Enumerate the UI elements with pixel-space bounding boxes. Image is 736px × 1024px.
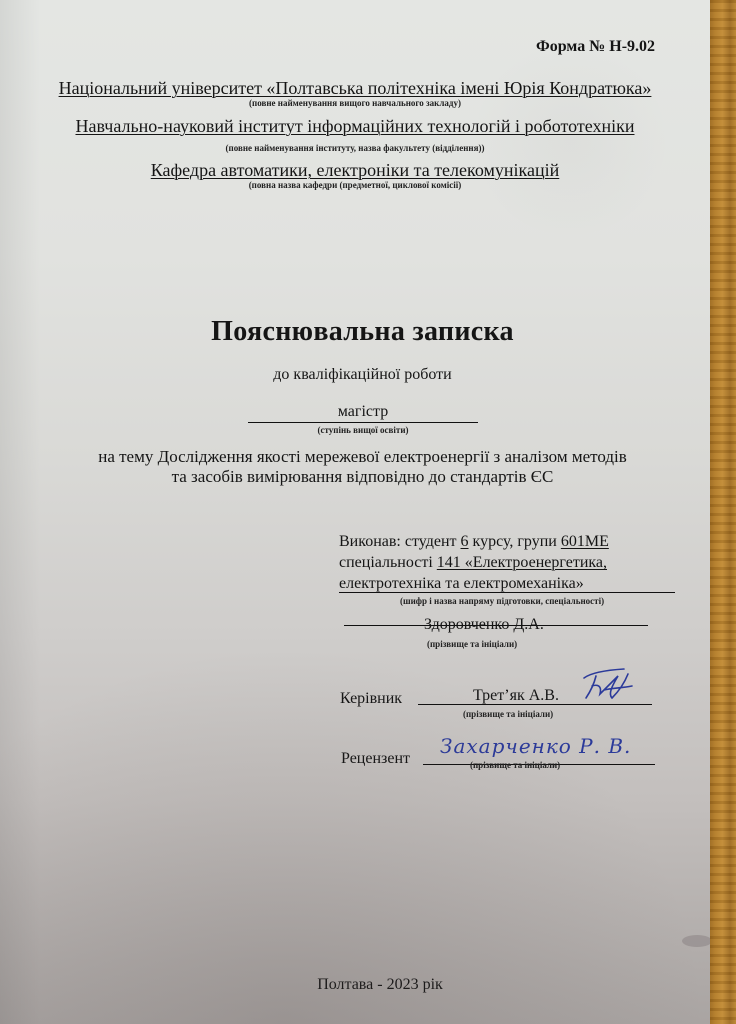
specialty-underline — [339, 592, 675, 593]
topic-line-2: та засобів вимірювання відповідно до ста… — [0, 467, 710, 487]
department-name: Кафедра автоматики, електроніки та телек… — [0, 160, 710, 181]
university-name-text: Національний університет «Полтавська пол… — [59, 78, 652, 98]
student-hint: (прізвище та ініціали) — [427, 639, 517, 649]
institute-hint: (повне найменування інституту, назва фак… — [0, 143, 710, 153]
supervisor-name: Трет’як А.В. — [473, 687, 559, 705]
footer-city-year: Полтава - 2023 рік — [0, 976, 710, 994]
performed-by-line: Виконав: студент 6 курсу, групи 601МЕ — [339, 533, 609, 551]
university-name: Національний університет «Полтавська пол… — [0, 78, 710, 99]
topic-line-1: на тему Дослідження якості мережевої еле… — [0, 447, 710, 467]
group-code: 601МЕ — [561, 533, 609, 550]
specialty-line-1: спеціальності 141 «Електроенергетика, — [339, 554, 607, 572]
specialty-code-name: 141 «Електроенергетика, — [437, 554, 607, 571]
specialty-line-2: електротехніка та електромеханіка» — [339, 575, 584, 593]
course-number: 6 — [461, 533, 469, 550]
student-name: Здоровченко Д.А. — [424, 616, 544, 634]
reviewer-underline — [423, 764, 655, 765]
university-hint: (повне найменування вищого навчального з… — [0, 98, 710, 108]
supervisor-underline — [418, 704, 652, 705]
supervisor-label: Керівник — [340, 690, 402, 708]
document-subtitle: до кваліфікаційної роботи — [0, 366, 710, 384]
specialty-name-cont: електротехніка та електромеханіка» — [339, 575, 584, 592]
reviewer-hint: (прізвище та ініціали) — [470, 760, 560, 770]
document-title: Пояснювальна записка — [0, 316, 710, 348]
institute-name-text: Навчально-науковий інститут інформаційни… — [75, 116, 634, 136]
reviewer-handwritten-name: Захарченко Р. В. — [440, 734, 631, 758]
department-hint: (повна назва кафедри (предметної, циклов… — [0, 180, 710, 190]
paper-smudge — [682, 935, 710, 947]
form-number: Форма № Н-9.02 — [536, 38, 655, 56]
reviewer-label: Рецензент — [341, 750, 410, 768]
course-label: курсу, групи — [469, 533, 561, 550]
document-page: Форма № Н-9.02 Національний університет … — [0, 0, 710, 1024]
wooden-table-edge — [706, 0, 736, 1024]
specialty-label: спеціальності — [339, 554, 437, 571]
department-name-text: Кафедра автоматики, електроніки та телек… — [151, 160, 560, 180]
institute-name: Навчально-науковий інститут інформаційни… — [0, 116, 710, 137]
degree-value: магістр — [248, 403, 478, 421]
performed-label: Виконав: студент — [339, 533, 461, 550]
specialty-hint: (шифр і назва напряму підготовки, спеціа… — [400, 596, 604, 606]
supervisor-signature-icon — [578, 666, 634, 706]
degree-hint: (ступінь вищої освіти) — [248, 425, 478, 435]
supervisor-hint: (прізвище та ініціали) — [463, 709, 553, 719]
